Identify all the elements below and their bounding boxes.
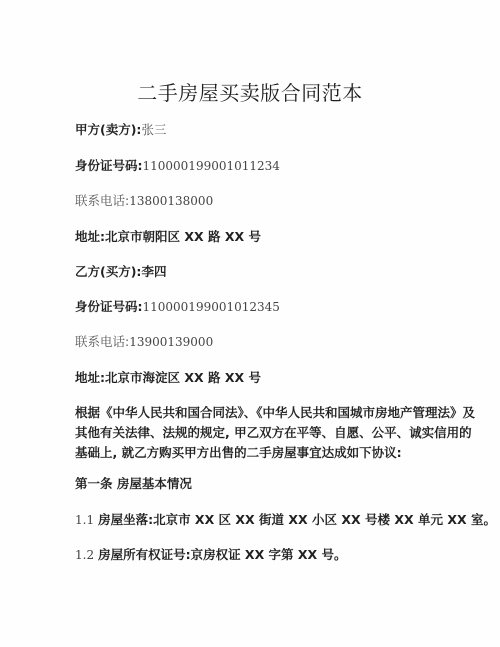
article-1-heading: 第一条 房屋基本情况 [75,476,192,492]
party-b-phone: 13900139000 [129,335,213,349]
party-b-id-line: 身份证号码:110000199001012345 [75,299,280,315]
item-number: 1.1 [75,513,94,527]
party-a-address-label: 地址: [75,229,105,244]
preamble-line: 基础上, 就乙方购买甲方出售的二手房屋事宜达成如下协议: [75,443,425,463]
party-b-label: 乙方(买方): [75,264,141,279]
item-label: 房屋所有权证号: [98,547,191,562]
party-b-id-number: 110000199001012345 [143,300,280,314]
preamble-line: 其他有关法律、法规的规定, 甲乙双方在平等、自愿、公平、诚实信用的 [75,423,425,443]
party-b-phone-label: 联系电话: [75,334,129,349]
party-b-phone-line: 联系电话:13900139000 [75,334,213,350]
party-a-id-number: 110000199001011234 [143,159,280,173]
article-1-item: 1.1 房屋坐落:北京市 XX 区 XX 街道 XX 小区 XX 号楼 XX 单… [75,512,496,528]
party-b-name: 李四 [141,264,166,279]
party-a-id-line: 身份证号码:110000199001011234 [75,158,280,174]
party-b-address-label: 地址: [75,370,105,385]
party-a-id-label: 身份证号码: [75,158,143,173]
party-a-name: 张三 [141,122,166,137]
party-b-address-line: 地址:北京市海淀区 XX 路 XX 号 [75,370,261,386]
party-b-id-label: 身份证号码: [75,299,143,314]
preamble-paragraph: 根据《中华人民共和国合同法》、《中华人民共和国城市房地产管理法》及 其他有关法律… [75,403,425,463]
party-a-address-line: 地址:北京市朝阳区 XX 路 XX 号 [75,229,261,245]
party-a-address: 北京市朝阳区 XX 路 XX 号 [105,229,261,244]
document-title: 二手房屋买卖版合同范本 [0,80,500,106]
party-a-phone: 13800138000 [129,194,213,208]
party-b-line: 乙方(买方):李四 [75,264,166,280]
article-1-item: 1.2 房屋所有权证号:京房权证 XX 字第 XX 号。 [75,547,347,563]
preamble-line: 根据《中华人民共和国合同法》、《中华人民共和国城市房地产管理法》及 [75,403,425,423]
item-number: 1.2 [75,548,94,562]
item-text: 京房权证 XX 字第 XX 号。 [191,547,347,562]
document-page: 二手房屋买卖版合同范本 甲方(卖方):张三 身份证号码:110000199001… [0,0,500,647]
party-a-label: 甲方(卖方): [75,122,141,137]
party-a-phone-line: 联系电话:13800138000 [75,193,213,209]
item-label: 房屋坐落: [98,512,153,527]
party-a-line: 甲方(卖方):张三 [75,122,166,138]
item-text: 北京市 XX 区 XX 街道 XX 小区 XX 号楼 XX 单元 XX 室。 [153,512,496,527]
party-a-phone-label: 联系电话: [75,193,129,208]
party-b-address: 北京市海淀区 XX 路 XX 号 [105,370,261,385]
